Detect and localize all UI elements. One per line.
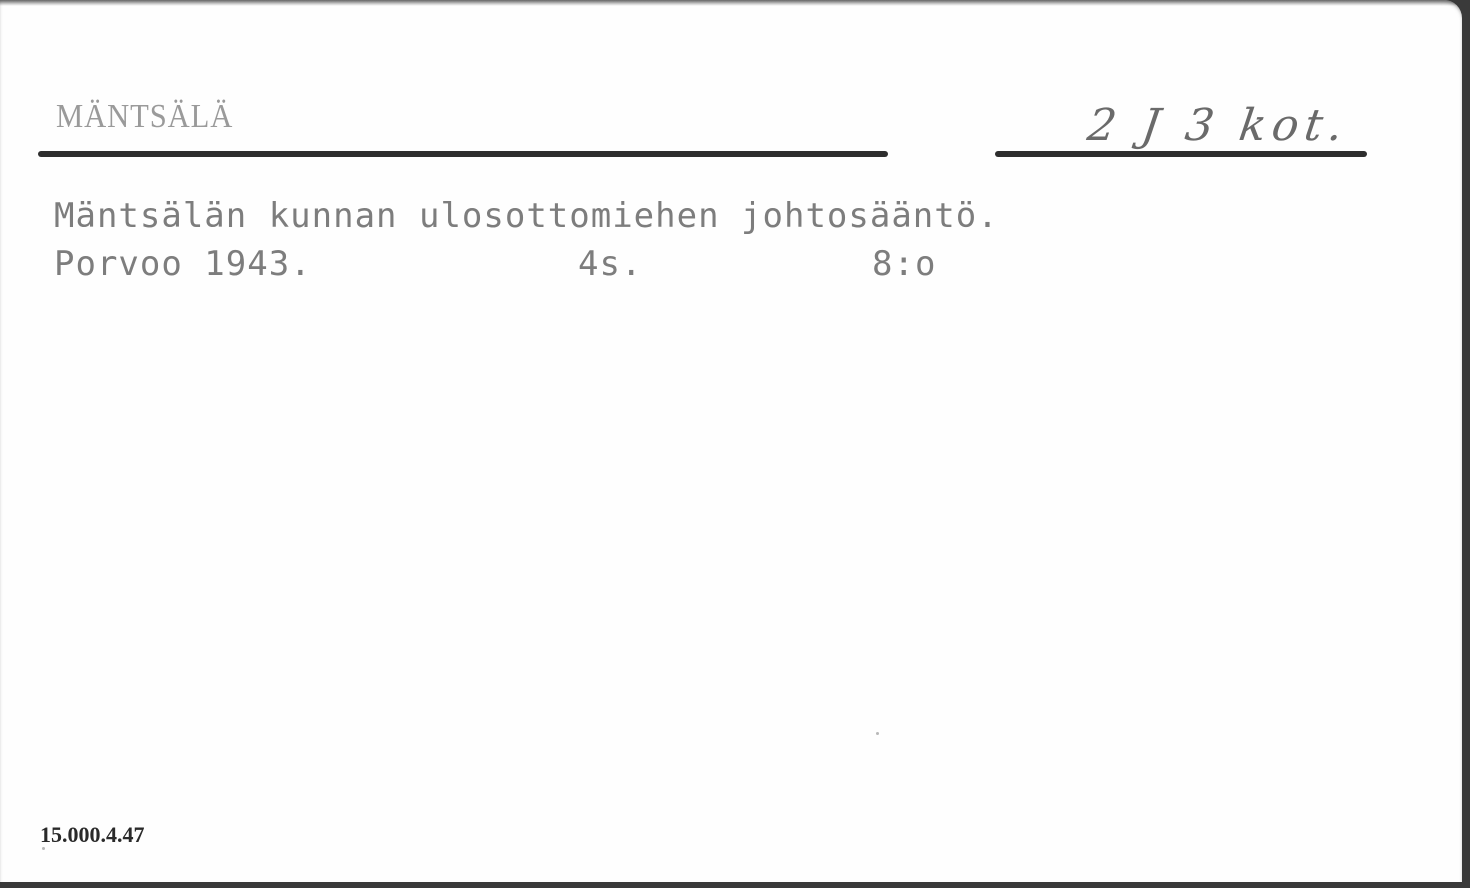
handwritten-shelfmark: 2 J 3 kot.	[1084, 100, 1352, 151]
paper-speck	[42, 847, 45, 850]
title-entry: Mäntsälän kunnan ulosottomiehen johtosää…	[54, 196, 999, 236]
printed-form-number: 15.000.4.47	[40, 822, 145, 848]
heading-rule-left	[38, 151, 888, 157]
catalog-card: MÄNTSÄLÄ 2 J 3 kot. Mäntsälän kunnan ulo…	[0, 0, 1462, 882]
imprint-entry: Porvoo 1943.	[54, 244, 312, 284]
heading-rule-right	[995, 151, 1367, 157]
format-entry: 8:o	[872, 244, 936, 284]
paper-speck	[876, 732, 879, 735]
pagination-entry: 4s.	[578, 244, 642, 284]
card-heading-place: MÄNTSÄLÄ	[56, 98, 233, 136]
